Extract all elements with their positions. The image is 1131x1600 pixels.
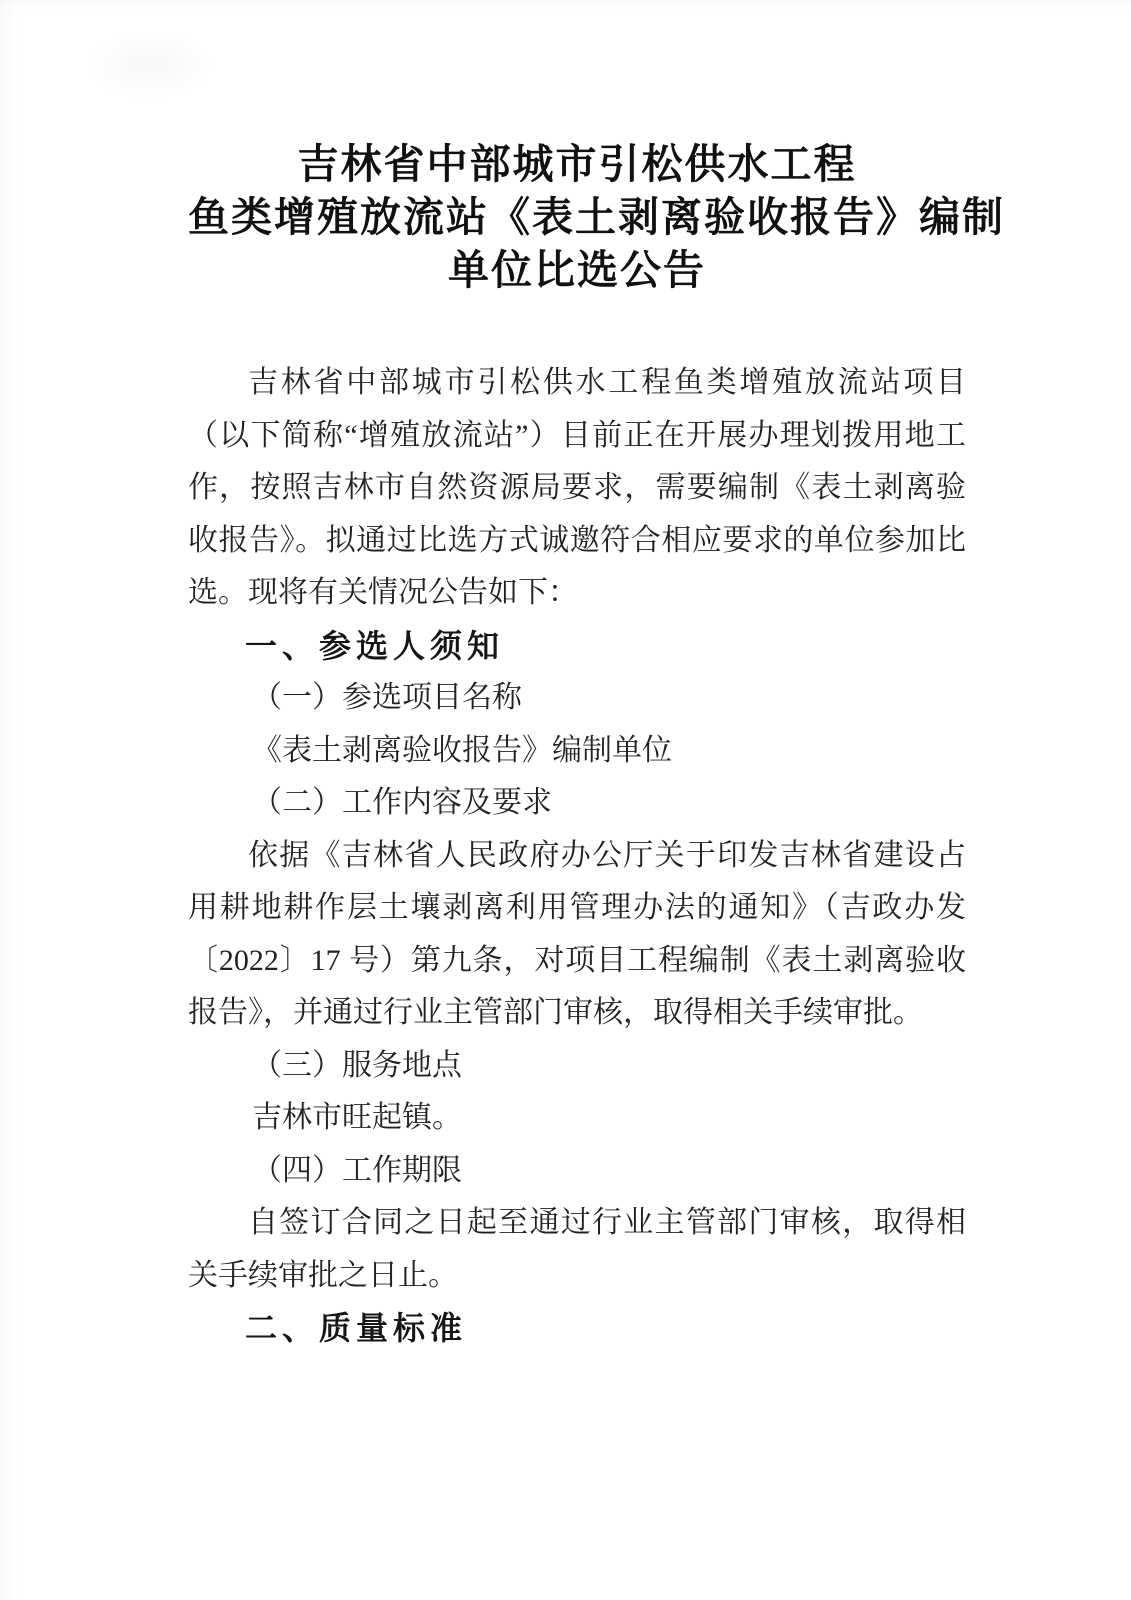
document-page: 吉林省中部城市引松供水工程 鱼类增殖放流站《表土剥离验收报告》编制 单位比选公告… — [0, 0, 1131, 1600]
service-location-line: 吉林市旺起镇。 — [188, 1092, 966, 1145]
document-title-line-2: 鱼类增殖放流站《表土剥离验收报告》编制 — [188, 191, 966, 244]
item-1-1-label: （一）参选项目名称 — [188, 672, 966, 725]
item-1-2-label: （二）工作内容及要求 — [188, 777, 966, 830]
item-1-3-label: （三）服务地点 — [188, 1040, 966, 1093]
intro-paragraph: 吉林省中部城市引松供水工程鱼类增殖放流站项目（以下简称“增殖放流站”）目前正在开… — [188, 357, 966, 620]
document-body: 吉林省中部城市引松供水工程鱼类增殖放流站项目（以下简称“增殖放流站”）目前正在开… — [188, 357, 966, 1355]
item-1-4-label: （四）工作期限 — [188, 1145, 966, 1198]
document-title: 吉林省中部城市引松供水工程 鱼类增殖放流站《表土剥离验收报告》编制 单位比选公告 — [188, 138, 966, 297]
section-2-heading: 二、质量标准 — [188, 1302, 966, 1355]
section-1-heading: 一、参选人须知 — [188, 620, 966, 673]
document-title-line-3: 单位比选公告 — [188, 244, 966, 297]
document-title-line-1: 吉林省中部城市引松供水工程 — [188, 138, 966, 191]
work-period-paragraph: 自签订合同之日起至通过行业主管部门审核，取得相关手续审批之日止。 — [188, 1197, 966, 1302]
project-name-line: 《表土剥离验收报告》编制单位 — [188, 725, 966, 778]
basis-paragraph: 依据《吉林省人民政府办公厅关于印发吉林省建设占用耕地耕作层土壤剥离利用管理办法的… — [188, 830, 966, 1040]
